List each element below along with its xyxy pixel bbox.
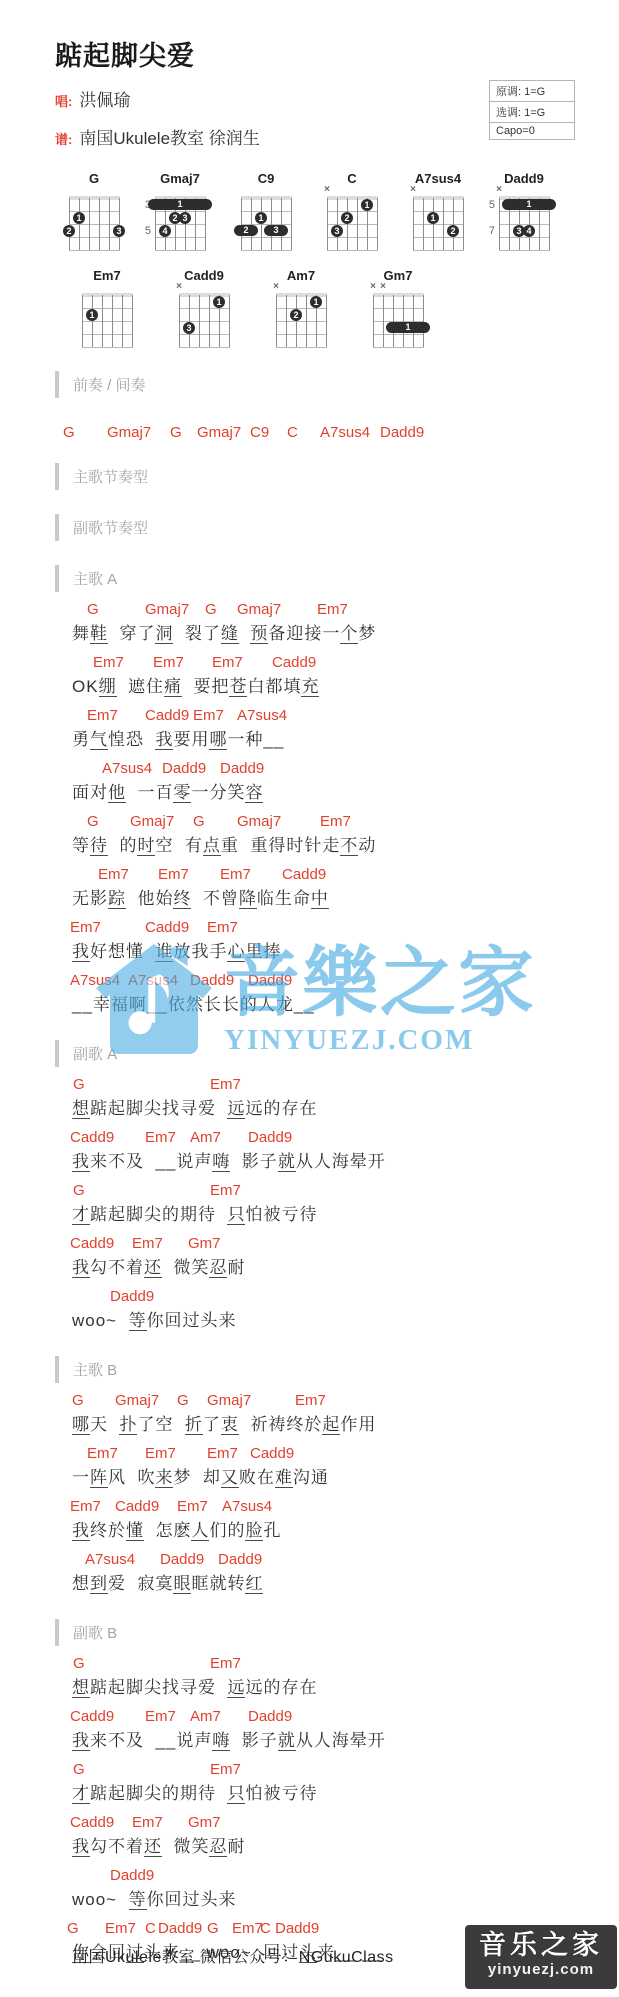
fretboard-grid: 123: [69, 198, 119, 250]
chord-token: Dadd9: [110, 1288, 154, 1305]
song-section: 主歌 BGGmaj7GGmaj7Em7哪天 扑了空 折了衷 祈祷终於起作用Em7…: [55, 1356, 619, 1595]
chord-line: GEm7: [55, 1076, 619, 1091]
underlined-lyric: 气: [90, 730, 108, 750]
chord-token: Em7: [98, 866, 129, 883]
chord-token: Dadd9: [190, 972, 234, 989]
chord-token: Em7: [87, 1445, 118, 1462]
chord-token: Em7: [320, 813, 351, 830]
chord-diagram-a7sus4: A7sus4×12: [399, 171, 463, 250]
chord-line: GEm7: [55, 1655, 619, 1670]
fret-number-label: 5: [482, 199, 495, 211]
chord-token: Cadd9: [115, 1498, 159, 1515]
chord-token: Dadd9: [248, 972, 292, 989]
underlined-lyric: 待: [90, 836, 108, 856]
finger-dot: 3: [183, 322, 195, 334]
lyric-line: woo~ 等你回过头来: [72, 1889, 619, 1911]
lyric-line: 想踮起脚尖找寻爱 远远的存在: [72, 1098, 619, 1120]
underlined-lyric: 零: [173, 783, 191, 803]
muted-string-mark: ×: [494, 185, 504, 195]
lyric-line: 我来不及 __说声嗨 影子就从人海晕开: [72, 1151, 619, 1173]
chord-token: Cadd9: [70, 1814, 114, 1831]
chord-name-label: Cadd9: [179, 268, 229, 283]
underlined-lyric: 我: [72, 1731, 90, 1751]
section-label: 主歌 A: [55, 565, 619, 592]
singer-label: 唱:: [55, 94, 72, 109]
underlined-lyric: 脸: [245, 1521, 263, 1541]
underlined-lyric: 还: [144, 1258, 162, 1278]
underlined-lyric: 心: [227, 942, 245, 962]
underlined-lyric: 鞋: [90, 624, 108, 644]
underlined-lyric: 苍: [229, 677, 247, 697]
muted-string-mark: ×: [322, 185, 332, 195]
section-label: 副歌节奏型: [55, 514, 619, 541]
lyric-line: 我终於懂 怎麽人们的脸孔: [72, 1520, 619, 1542]
chord-token: C: [260, 1920, 271, 1937]
chord-line: GEm7: [55, 1182, 619, 1197]
chord-diagram-em7: Em71: [68, 268, 132, 347]
chord-token: Em7: [105, 1920, 136, 1937]
key-info-box: 原调: 1=G选调: 1=GCapo=0: [489, 80, 575, 140]
chord-token: Cadd9: [145, 919, 189, 936]
footer-credit: 南国Ukulele教室 微信公众号：NGukuClass: [72, 1944, 394, 1967]
underlined-lyric: 折: [185, 1415, 203, 1435]
chord-token: G: [177, 1392, 189, 1409]
underlined-lyric: 充: [301, 677, 319, 697]
underlined-lyric: 谁: [155, 942, 173, 962]
chord-name-label: C: [327, 171, 377, 186]
chord-line: Cadd9Em7Gm7: [55, 1814, 619, 1829]
chord-token: Em7: [232, 1920, 263, 1937]
finger-dot: 1: [73, 212, 85, 224]
underlined-lyric: 扑: [119, 1415, 137, 1435]
chord-token: Gmaj7: [207, 1392, 251, 1409]
chord-token: G: [72, 1392, 84, 1409]
chord-diagram-row: G123Gmaj7351234C9231C×123A7sus4×12Dadd9×…: [55, 171, 619, 250]
fret-number-label: 7: [482, 225, 495, 237]
chord-token: A7sus4: [128, 972, 178, 989]
underlined-lyric: 红: [245, 1574, 263, 1594]
chord-token: Em7: [70, 919, 101, 936]
song-title: 踮起脚尖爱: [55, 34, 619, 73]
chord-token: Em7: [295, 1392, 326, 1409]
underlined-lyric: 阵: [90, 1468, 108, 1488]
chord-token: A7sus4: [70, 972, 120, 989]
chord-name-label: Gmaj7: [155, 171, 205, 186]
chord-token: Em7: [220, 866, 251, 883]
chord-name-label: G: [69, 171, 119, 186]
chord-token: Em7: [212, 654, 243, 671]
barre-finger: 2: [234, 225, 258, 236]
finger-dot: 1: [255, 212, 267, 224]
lyric-line: 我勾不着还 微笑忍耐: [72, 1836, 619, 1858]
fretboard-grid: 351234: [155, 198, 205, 250]
lyric-line: 才踮起脚尖的期待 只怕被亏待: [72, 1204, 619, 1226]
underlined-lyric: 痛: [164, 677, 182, 697]
chord-diagram-c: C×123: [313, 171, 377, 250]
finger-dot: 3: [113, 225, 125, 237]
underlined-lyric: 洞: [155, 624, 173, 644]
underlined-lyric: 远: [227, 1678, 245, 1698]
corner-brand-text: 音乐之家: [465, 1930, 617, 1960]
fretboard-grid: ×123: [327, 198, 377, 250]
lyric-line: 一阵风 吹来梦 却又败在难沟通: [72, 1467, 619, 1489]
lyric-line: 无影踪 他始终 不曾降临生命中: [72, 888, 619, 910]
underlined-lyric: 等: [129, 1890, 147, 1910]
chord-diagram-g: G123: [55, 171, 119, 250]
chord-token: Dadd9: [162, 760, 206, 777]
underlined-lyric: 中: [311, 889, 329, 909]
underlined-lyric: 我: [72, 942, 90, 962]
chord-line: GGmaj7GGmaj7Em7: [55, 601, 619, 616]
fretboard-grid: ×57134: [499, 198, 549, 250]
chord-token: Em7: [317, 601, 348, 618]
lyric-line: 想踮起脚尖找寻爱 远远的存在: [72, 1677, 619, 1699]
barre-finger: 3: [264, 225, 288, 236]
barre-finger: 1: [502, 199, 556, 210]
muted-string-mark: ×: [408, 185, 418, 195]
chord-token: Em7: [210, 1655, 241, 1672]
chord-line: Cadd9Em7Gm7: [55, 1235, 619, 1250]
chord-token: Em7: [132, 1814, 163, 1831]
finger-dot: 3: [179, 212, 191, 224]
section-label: 副歌 A: [55, 1040, 619, 1067]
chord-token: Em7: [153, 654, 184, 671]
section-label: 主歌节奏型: [55, 463, 619, 490]
chord-sheet-page: 踮起脚尖爱 唱:洪佩瑜 谱:南国Ukulele教室 徐润生 原调: 1=G选调:…: [0, 0, 619, 1997]
chord-token: G: [205, 601, 217, 618]
lyric-line: 才踮起脚尖的期待 只怕被亏待: [72, 1783, 619, 1805]
chord-line: Em7Cadd9Em7A7sus4: [55, 707, 619, 722]
chord-token: G: [73, 1761, 85, 1778]
arranger-label: 谱:: [55, 132, 72, 147]
underlined-lyric: 懂: [126, 1521, 144, 1541]
chord-token: Gm7: [188, 1814, 221, 1831]
fret-number-label: 5: [138, 225, 151, 237]
chord-token: Cadd9: [145, 707, 189, 724]
lyric-line: 哪天 扑了空 折了衷 祈祷终於起作用: [72, 1414, 619, 1436]
chord-token: G: [73, 1076, 85, 1093]
chord-line: A7sus4A7sus4Dadd9Dadd9: [55, 972, 619, 987]
finger-dot: 1: [361, 199, 373, 211]
underlined-lyric: 个: [340, 624, 358, 644]
lyric-line: OK绷 遮住痛 要把苍白都填充: [72, 676, 619, 698]
underlined-lyric: 嗨: [212, 1731, 230, 1751]
underlined-lyric: 就: [278, 1152, 296, 1172]
finger-dot: 1: [310, 296, 322, 308]
chord-token: Em7: [145, 1445, 176, 1462]
chord-name-label: C9: [241, 171, 291, 186]
chord-line: GGmaj7GGmaj7Em7: [55, 1392, 619, 1407]
chord-token: Gmaj7: [107, 424, 151, 441]
underlined-lyric: 才: [72, 1784, 90, 1804]
chord-diagram-gmaj7: Gmaj7351234: [141, 171, 205, 250]
chord-diagram-am7: Am7×12: [262, 268, 326, 347]
underlined-lyric: 我: [72, 1521, 90, 1541]
fretboard-grid: 1: [82, 295, 132, 347]
chord-token: C: [287, 424, 298, 441]
chord-token: Dadd9: [220, 760, 264, 777]
underlined-lyric: 预: [250, 624, 268, 644]
chord-token: Gmaj7: [115, 1392, 159, 1409]
chord-token: G: [73, 1655, 85, 1672]
underlined-lyric: 我: [72, 1837, 90, 1857]
chord-token: Em7: [145, 1129, 176, 1146]
arranger-name: 南国Ukulele教室 徐润生: [79, 129, 259, 148]
finger-dot: 2: [63, 225, 75, 237]
underlined-lyric: 只: [227, 1205, 245, 1225]
chord-token: Cadd9: [282, 866, 326, 883]
underlined-lyric: 起: [322, 1415, 340, 1435]
underlined-lyric: 还: [144, 1837, 162, 1857]
underlined-lyric: 我: [155, 730, 173, 750]
underlined-lyric: 到: [90, 1574, 108, 1594]
chord-token: Em7: [177, 1498, 208, 1515]
chord-line: Cadd9Em7Am7Dadd9: [55, 1708, 619, 1723]
chord-token: Gmaj7: [197, 424, 241, 441]
chord-token: Em7: [207, 1445, 238, 1462]
underlined-lyric: 他: [108, 783, 126, 803]
underlined-lyric: 忍: [209, 1258, 227, 1278]
underlined-lyric: 只: [227, 1784, 245, 1804]
finger-dot: 4: [159, 225, 171, 237]
barre-finger: 1: [386, 322, 430, 333]
underlined-lyric: 又: [221, 1468, 239, 1488]
finger-dot: 1: [427, 212, 439, 224]
chord-line: Em7Em7Em7Cadd9: [55, 654, 619, 669]
barre-finger: 1: [148, 199, 212, 210]
chord-token: A7sus4: [320, 424, 370, 441]
finger-dot: 1: [86, 309, 98, 321]
chord-name-label: Am7: [276, 268, 326, 283]
chord-token: Dadd9: [248, 1129, 292, 1146]
underlined-lyric: 点: [203, 836, 221, 856]
muted-string-mark: ×: [174, 282, 184, 292]
section-label: 主歌 B: [55, 1356, 619, 1383]
finger-dot: 2: [447, 225, 459, 237]
lyric-line: __幸福啊__依然长长的人龙__: [72, 994, 619, 1016]
chord-line: GEm7: [55, 1761, 619, 1776]
chord-token: Gm7: [188, 1235, 221, 1252]
chord-token: Cadd9: [70, 1235, 114, 1252]
chord-token: G: [170, 424, 182, 441]
chord-diagram-row: Em71Cadd9×13Am7×12Gm7××1: [68, 268, 619, 347]
chord-token: G: [207, 1920, 219, 1937]
underlined-lyric: 终: [173, 889, 191, 909]
song-section: 主歌 AGGmaj7GGmaj7Em7舞鞋 穿了洞 裂了缝 预备迎接一个梦Em7…: [55, 565, 619, 1016]
chord-token: C: [145, 1920, 156, 1937]
finger-dot: 2: [290, 309, 302, 321]
chord-token: Em7: [145, 1708, 176, 1725]
finger-dot: 3: [331, 225, 343, 237]
underlined-lyric: 来: [155, 1468, 173, 1488]
chord-token: C9: [250, 424, 269, 441]
underlined-lyric: 忍: [209, 1837, 227, 1857]
underlined-lyric: 就: [278, 1731, 296, 1751]
finger-dot: 4: [523, 225, 535, 237]
chord-token: A7sus4: [102, 760, 152, 777]
chord-token: G: [63, 424, 75, 441]
chord-token: Cadd9: [250, 1445, 294, 1462]
chord-token: Cadd9: [70, 1129, 114, 1146]
chord-line: Dadd9: [55, 1288, 619, 1303]
lyric-line: 我勾不着还 微笑忍耐: [72, 1257, 619, 1279]
chord-token: Dadd9: [160, 1551, 204, 1568]
chord-token: Dadd9: [248, 1708, 292, 1725]
underlined-lyric: 哪: [72, 1415, 90, 1435]
chord-token: Am7: [190, 1129, 221, 1146]
chord-line: Em7Cadd9Em7A7sus4: [55, 1498, 619, 1513]
chord-diagram-gm7: Gm7××1: [359, 268, 423, 347]
lyric-line: 舞鞋 穿了洞 裂了缝 预备迎接一个梦: [72, 623, 619, 645]
key-info-row: 选调: 1=G: [490, 102, 574, 123]
chord-token: Em7: [93, 654, 124, 671]
chord-token: G: [73, 1182, 85, 1199]
chord-name-label: A7sus4: [413, 171, 463, 186]
chord-diagram-c9: C9231: [227, 171, 291, 250]
underlined-lyric: 我: [72, 1152, 90, 1172]
chord-diagram-cadd9: Cadd9×13: [165, 268, 229, 347]
underlined-lyric: 时: [137, 836, 155, 856]
chord-token: Dadd9: [158, 1920, 202, 1937]
chord-token: Em7: [207, 919, 238, 936]
chord-token: Cadd9: [272, 654, 316, 671]
chord-line: Cadd9Em7Am7Dadd9: [55, 1129, 619, 1144]
chord-line: Dadd9: [55, 1867, 619, 1882]
chord-line: Em7Cadd9Em7: [55, 919, 619, 934]
muted-string-mark: ×: [378, 282, 388, 292]
chord-diagrams: G123Gmaj7351234C9231C×123A7sus4×12Dadd9×…: [55, 171, 619, 347]
chord-token: Cadd9: [70, 1708, 114, 1725]
chord-token: Dadd9: [110, 1867, 154, 1884]
chord-token: Em7: [158, 866, 189, 883]
chord-line: Em7Em7Em7Cadd9: [55, 866, 619, 881]
song-section: 副歌 AGEm7想踮起脚尖找寻爱 远远的存在Cadd9Em7Am7Dadd9我来…: [55, 1040, 619, 1332]
chord-token: Em7: [70, 1498, 101, 1515]
chord-token: A7sus4: [85, 1551, 135, 1568]
song-section: 副歌节奏型: [55, 514, 619, 541]
underlined-lyric: 人: [191, 1521, 209, 1541]
chord-line: Em7Em7Em7Cadd9: [55, 1445, 619, 1460]
chord-token: G: [67, 1920, 79, 1937]
corner-url-text: yinyuezj.com: [465, 1960, 617, 1980]
underlined-lyric: 眼: [173, 1574, 191, 1594]
underlined-lyric: 想: [72, 1678, 90, 1698]
fretboard-grid: 231: [241, 198, 291, 250]
song-section: 副歌 BGEm7想踮起脚尖找寻爱 远远的存在Cadd9Em7Am7Dadd9我来…: [55, 1619, 619, 1964]
chord-token: Am7: [190, 1708, 221, 1725]
underlined-lyric: 想: [72, 1099, 90, 1119]
chord-token: G: [193, 813, 205, 830]
chord-token: Em7: [87, 707, 118, 724]
underlined-lyric: 容: [245, 783, 263, 803]
underlined-lyric: 等: [129, 1311, 147, 1331]
chord-line: A7sus4Dadd9Dadd9: [55, 1551, 619, 1566]
fretboard-grid: ××1: [373, 295, 423, 347]
chord-token: Em7: [210, 1076, 241, 1093]
underlined-lyric: 难: [275, 1468, 293, 1488]
lyric-line: woo~ 等你回过头来: [72, 1310, 619, 1332]
underlined-lyric: 绷: [99, 677, 117, 697]
fretboard-grid: ×12: [413, 198, 463, 250]
key-info-row: Capo=0: [490, 123, 574, 139]
underlined-lyric: 嗨: [212, 1152, 230, 1172]
chord-line: A7sus4Dadd9Dadd9: [55, 760, 619, 775]
underlined-lyric: 我: [72, 1258, 90, 1278]
chord-token: Gmaj7: [130, 813, 174, 830]
underlined-lyric: 哪: [209, 730, 227, 750]
song-sections: 前奏 / 间奏GGmaj7GGmaj7C9CA7sus4Dadd9主歌节奏型副歌…: [55, 371, 619, 1964]
underlined-lyric: 不: [340, 836, 358, 856]
watermark-corner: 音乐之家 yinyuezj.com: [465, 1925, 617, 1989]
lyric-line: 我好想懂 谁放我手心里捧: [72, 941, 619, 963]
chord-token: Dadd9: [275, 1920, 319, 1937]
chord-line: GGmaj7GGmaj7C9CA7sus4Dadd9: [55, 424, 619, 439]
chord-token: Em7: [210, 1761, 241, 1778]
underlined-lyric: 降: [239, 889, 257, 909]
chord-line: GGmaj7GGmaj7Em7: [55, 813, 619, 828]
chord-token: A7sus4: [237, 707, 287, 724]
finger-dot: 2: [341, 212, 353, 224]
chord-token: Em7: [132, 1235, 163, 1252]
chord-token: Em7: [210, 1182, 241, 1199]
singer-name: 洪佩瑜: [79, 91, 130, 110]
chord-token: Gmaj7: [145, 601, 189, 618]
fretboard-grid: ×12: [276, 295, 326, 347]
chord-token: Gmaj7: [237, 601, 281, 618]
section-label: 前奏 / 间奏: [55, 371, 619, 398]
lyric-line: 勇气惶恐 我要用哪一种__: [72, 729, 619, 751]
underlined-lyric: 远: [227, 1099, 245, 1119]
underlined-lyric: 缝: [221, 624, 239, 644]
section-label: 副歌 B: [55, 1619, 619, 1646]
finger-dot: 1: [213, 296, 225, 308]
song-section: 前奏 / 间奏GGmaj7GGmaj7C9CA7sus4Dadd9: [55, 371, 619, 439]
lyric-line: 等待 的时空 有点重 重得时针走不动: [72, 835, 619, 857]
muted-string-mark: ×: [368, 282, 378, 292]
underlined-lyric: 踪: [108, 889, 126, 909]
chord-token: A7sus4: [222, 1498, 272, 1515]
chord-diagram-dadd9: Dadd9×57134: [485, 171, 549, 250]
chord-token: G: [87, 601, 99, 618]
chord-name-label: Dadd9: [499, 171, 549, 186]
chord-token: Gmaj7: [237, 813, 281, 830]
song-section: 主歌节奏型: [55, 463, 619, 490]
underlined-lyric: 衷: [221, 1415, 239, 1435]
muted-string-mark: ×: [271, 282, 281, 292]
fretboard-grid: ×13: [179, 295, 229, 347]
chord-token: Em7: [193, 707, 224, 724]
chord-token: Dadd9: [380, 424, 424, 441]
lyric-line: 想到爱 寂寞眼眶就转红: [72, 1573, 619, 1595]
underlined-lyric: 才: [72, 1205, 90, 1225]
chord-token: G: [87, 813, 99, 830]
lyric-line: 面对他 一百零一分笑容: [72, 782, 619, 804]
lyric-line: 我来不及 __说声嗨 影子就从人海晕开: [72, 1730, 619, 1752]
chord-name-label: Em7: [82, 268, 132, 283]
key-info-row: 原调: 1=G: [490, 81, 574, 102]
chord-token: Dadd9: [218, 1551, 262, 1568]
